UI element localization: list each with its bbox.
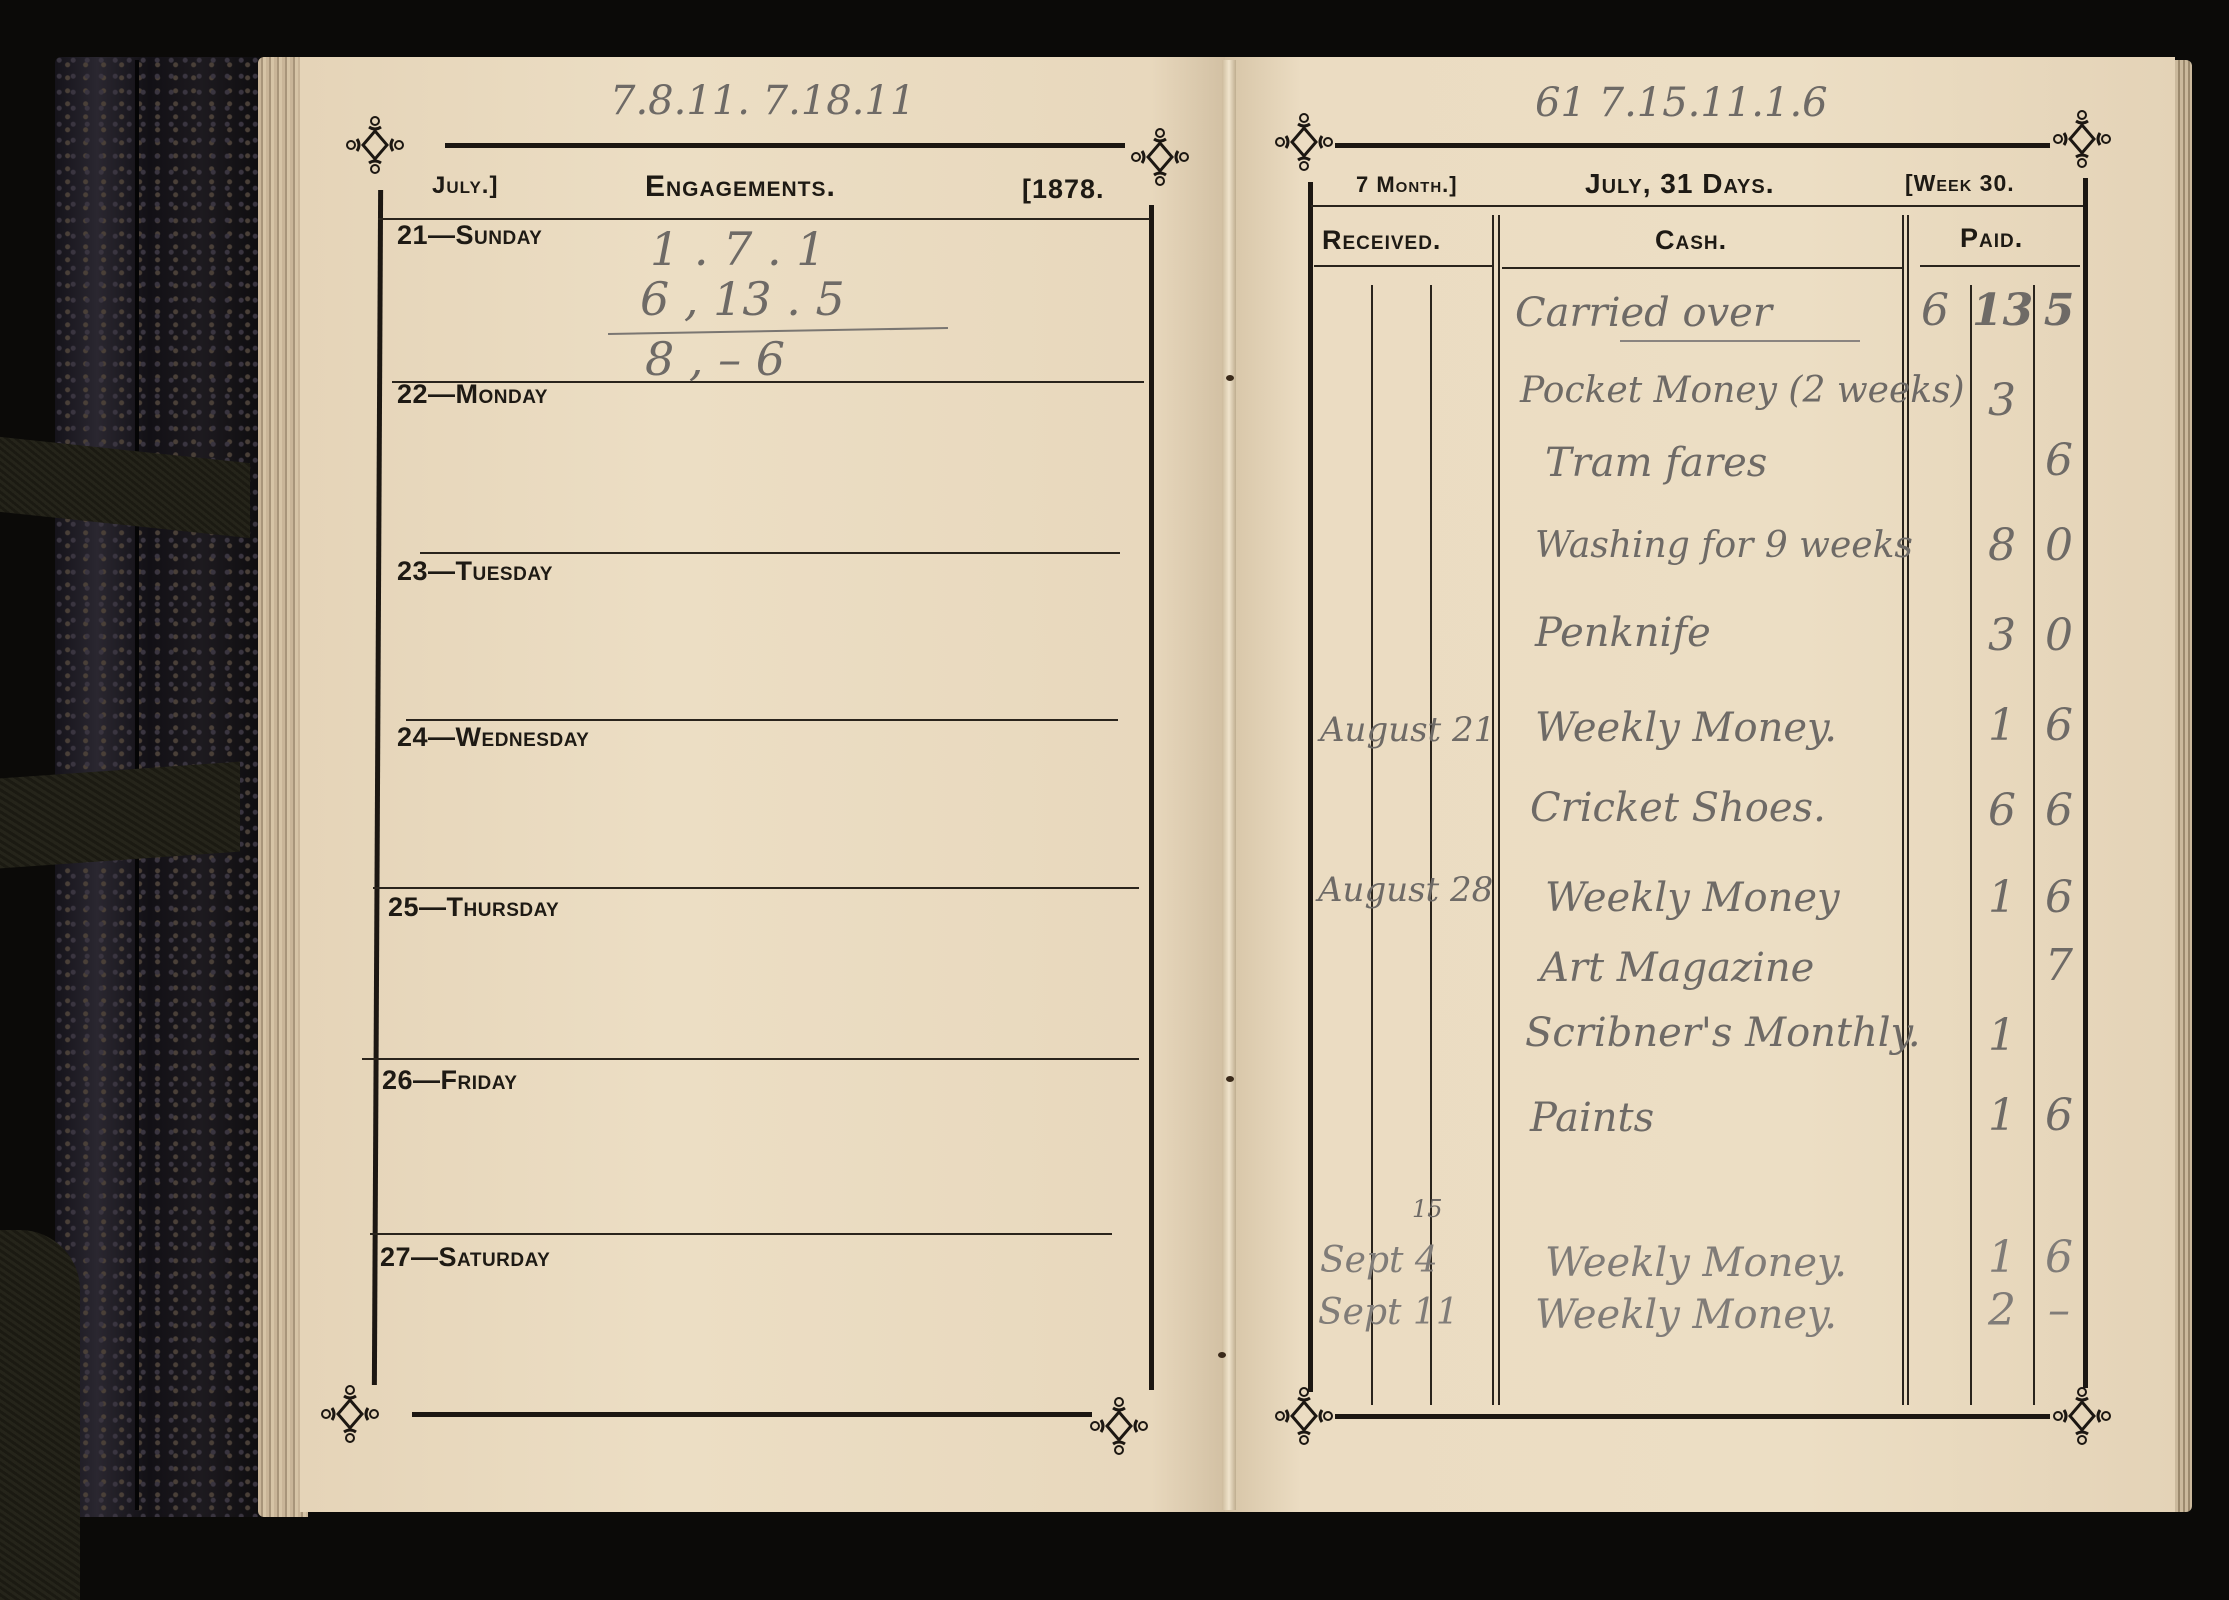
entry-item: Tram fares [1545, 440, 1767, 486]
entry-shillings: 3 [1972, 375, 2032, 426]
entry-item: Paints [1530, 1095, 1654, 1141]
elastic-strap-loop [0, 1230, 80, 1600]
entry-item: Cricket Shoes. [1530, 785, 1826, 831]
column-header-paid: Paid. [1960, 223, 2023, 254]
received-subcolumn-line [1430, 285, 1432, 1405]
entry-pence: 7 [2035, 940, 2083, 991]
entry-pence: – [2035, 1285, 2083, 1336]
day-label-monday: 22—Monday [397, 379, 548, 410]
day-label-sunday: 21—Sunday [397, 220, 542, 251]
elastic-strap-middle [0, 762, 240, 869]
entry-item: Washing for 9 weeks [1535, 525, 1913, 566]
column-header-cash: Cash. [1655, 225, 1727, 256]
paid-underline [1920, 265, 2080, 267]
header-month: 7 Month.] [1356, 172, 1458, 198]
entry-pence: 6 [2035, 1090, 2083, 1141]
day-label-wednesday: 24—Wednesday [397, 722, 589, 753]
cash-underline [1502, 267, 1902, 269]
entry-shillings: 1 [1972, 1010, 2032, 1061]
entry-shillings: 2 [1972, 1285, 2032, 1336]
bottom-border-rule [412, 1412, 1092, 1417]
pencil-note-top-left: 7.8.11. 7.18.11 [610, 78, 915, 124]
entry-date: Sept 11 [1318, 1292, 1459, 1333]
header-title: Engagements. [645, 170, 836, 204]
corner-ornament-icon [1128, 125, 1192, 189]
day-divider [373, 887, 1139, 889]
corner-ornament-icon [1272, 1384, 1336, 1448]
entry-date: August 21 [1320, 710, 1495, 750]
entry-item: Penknife [1535, 610, 1711, 656]
entry-item: Weekly Money. [1535, 705, 1837, 751]
entry-item: Carried over [1515, 290, 1772, 336]
entry-item: Pocket Money (2 weeks) [1520, 370, 1965, 411]
day-divider [420, 552, 1120, 554]
header-title: July, 31 Days. [1585, 168, 1775, 200]
day-label-thursday: 25—Thursday [388, 892, 559, 923]
corner-ornament-icon [318, 1382, 382, 1446]
day-label-friday: 26—Friday [382, 1065, 517, 1096]
left-border-rule [1308, 182, 1313, 1392]
entry-pence: 6 [2035, 700, 2083, 751]
entry-pence: 5 [2035, 285, 2083, 336]
entry-item: Weekly Money. [1535, 1292, 1837, 1338]
day-label-saturday: 27—Saturday [380, 1242, 550, 1273]
top-border-rule [445, 143, 1125, 148]
header-month: July.] [432, 172, 498, 200]
entry-date: August 28 [1318, 870, 1493, 910]
corner-ornament-icon [2050, 1384, 2114, 1448]
entry-shillings: 1 [1972, 1232, 2032, 1283]
entry-pence: 0 [2035, 610, 2083, 661]
entry-item: Weekly Money. [1545, 1240, 1847, 1286]
entry-pence: 6 [2035, 785, 2083, 836]
corner-ornament-icon [1272, 110, 1336, 174]
received-subcolumn-line [1371, 285, 1373, 1405]
entry-pence: 6 [2035, 872, 2083, 923]
entry-pounds: 6 [1905, 285, 1965, 336]
right-border-rule [2083, 178, 2088, 1388]
entry-shillings: 6 [1972, 785, 2032, 836]
entry-pence: 6 [2035, 1232, 2083, 1283]
day-divider [370, 1233, 1112, 1235]
sunday-note-line2: 6 , 13 . 5 [640, 272, 845, 326]
received-cash-divider [1498, 215, 1500, 1405]
sunday-note-line1: 1 . 7 . 1 [650, 222, 826, 276]
book-gutter [1222, 60, 1236, 1510]
stitch-hole [1226, 1076, 1234, 1082]
entry-item: Scribner's Monthly. [1525, 1010, 1921, 1056]
pencil-note-top-right: 61 7.15.11.1.6 [1535, 80, 1828, 126]
corner-ornament-icon [1087, 1394, 1151, 1458]
entry-shillings: 1 [1972, 1090, 2032, 1141]
entry-item: Art Magazine [1540, 945, 1814, 991]
margin-note: 15 [1412, 1195, 1443, 1223]
corner-ornament-icon [343, 113, 407, 177]
received-cash-divider [1492, 215, 1494, 1405]
day-divider [406, 719, 1118, 721]
entry-shillings: 3 [1972, 610, 2032, 661]
stitch-hole [1226, 375, 1234, 381]
header-week: [Week 30. [1905, 170, 2015, 197]
entry-shillings: 1 [1972, 700, 2032, 751]
entry-shillings: 13 [1972, 285, 2032, 336]
stitch-hole [1218, 1352, 1226, 1358]
entry-pence: 6 [2035, 435, 2083, 486]
right-border-rule [1149, 205, 1154, 1390]
entry-shillings: 8 [1972, 520, 2032, 571]
entry-date: Sept 4 [1320, 1240, 1438, 1281]
day-label-tuesday: 23—Tuesday [397, 556, 553, 587]
header-underline [1311, 205, 2083, 207]
entry-shillings: 1 [1972, 872, 2032, 923]
header-year: [1878. [1022, 174, 1105, 205]
bottom-border-rule [1335, 1414, 2050, 1419]
received-underline [1314, 265, 1494, 267]
entry-item: Weekly Money [1545, 875, 1840, 921]
corner-ornament-icon [2050, 107, 2114, 171]
entry-pence: 0 [2035, 520, 2083, 571]
top-border-rule [1335, 143, 2050, 148]
column-header-received: Received. [1322, 225, 1441, 256]
sunday-note-line3: 8 , – 6 [645, 332, 785, 386]
carried-over-underline [1620, 340, 1860, 342]
day-divider [362, 1058, 1139, 1060]
